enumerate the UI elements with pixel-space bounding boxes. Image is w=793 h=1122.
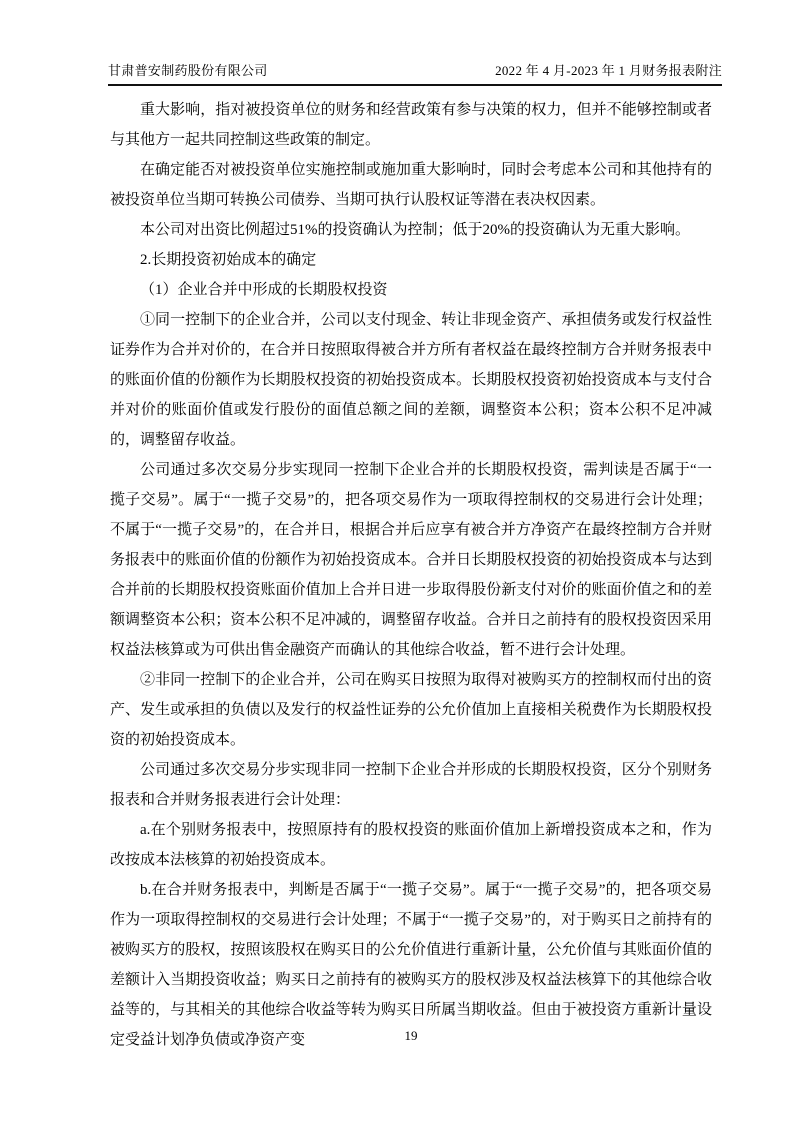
paragraph: 本公司对出资比例超过51%的投资确认为控制；低于20%的投资确认为无重大影响。 bbox=[110, 215, 712, 245]
report-period: 2022 年 4 月-2023 年 1 月财务报表附注 bbox=[495, 60, 722, 79]
section-heading: 2.长期投资初始成本的确定 bbox=[110, 245, 712, 275]
page-header: 甘肃普安制药股份有限公司 2022 年 4 月-2023 年 1 月财务报表附注 bbox=[108, 60, 722, 86]
paragraph: 在确定能否对被投资单位实施控制或施加重大影响时，同时会考虑本公司和其他持有的被投… bbox=[110, 155, 712, 215]
subsection-heading: （1）企业合并中形成的长期股权投资 bbox=[110, 275, 712, 305]
paragraph: 公司通过多次交易分步实现非同一控制下企业合并形成的长期股权投资，区分个别财务报表… bbox=[110, 755, 712, 815]
paragraph: ①同一控制下的企业合并，公司以支付现金、转让非现金资产、承担债务或发行权益性证券… bbox=[110, 305, 712, 455]
paragraph: 重大影响，指对被投资单位的财务和经营政策有参与决策的权力，但并不能够控制或者与其… bbox=[110, 95, 712, 155]
document-page: 甘肃普安制药股份有限公司 2022 年 4 月-2023 年 1 月财务报表附注… bbox=[0, 0, 793, 1122]
company-name: 甘肃普安制药股份有限公司 bbox=[108, 60, 268, 79]
paragraph: ②非同一控制下的企业合并，公司在购买日按照为取得对被购买方的控制权而付出的资产、… bbox=[110, 665, 712, 755]
page-footer: 19 bbox=[110, 1028, 712, 1044]
paragraph: a.在个别财务报表中，按照原持有的股权投资的账面价值加上新增投资成本之和，作为改… bbox=[110, 815, 712, 875]
page-number: 19 bbox=[405, 1028, 418, 1043]
paragraph: 公司通过多次交易分步实现同一控制下企业合并的长期股权投资，需判读是否属于“一揽子… bbox=[110, 455, 712, 665]
document-body: 重大影响，指对被投资单位的财务和经营政策有参与决策的权力，但并不能够控制或者与其… bbox=[110, 95, 712, 1055]
